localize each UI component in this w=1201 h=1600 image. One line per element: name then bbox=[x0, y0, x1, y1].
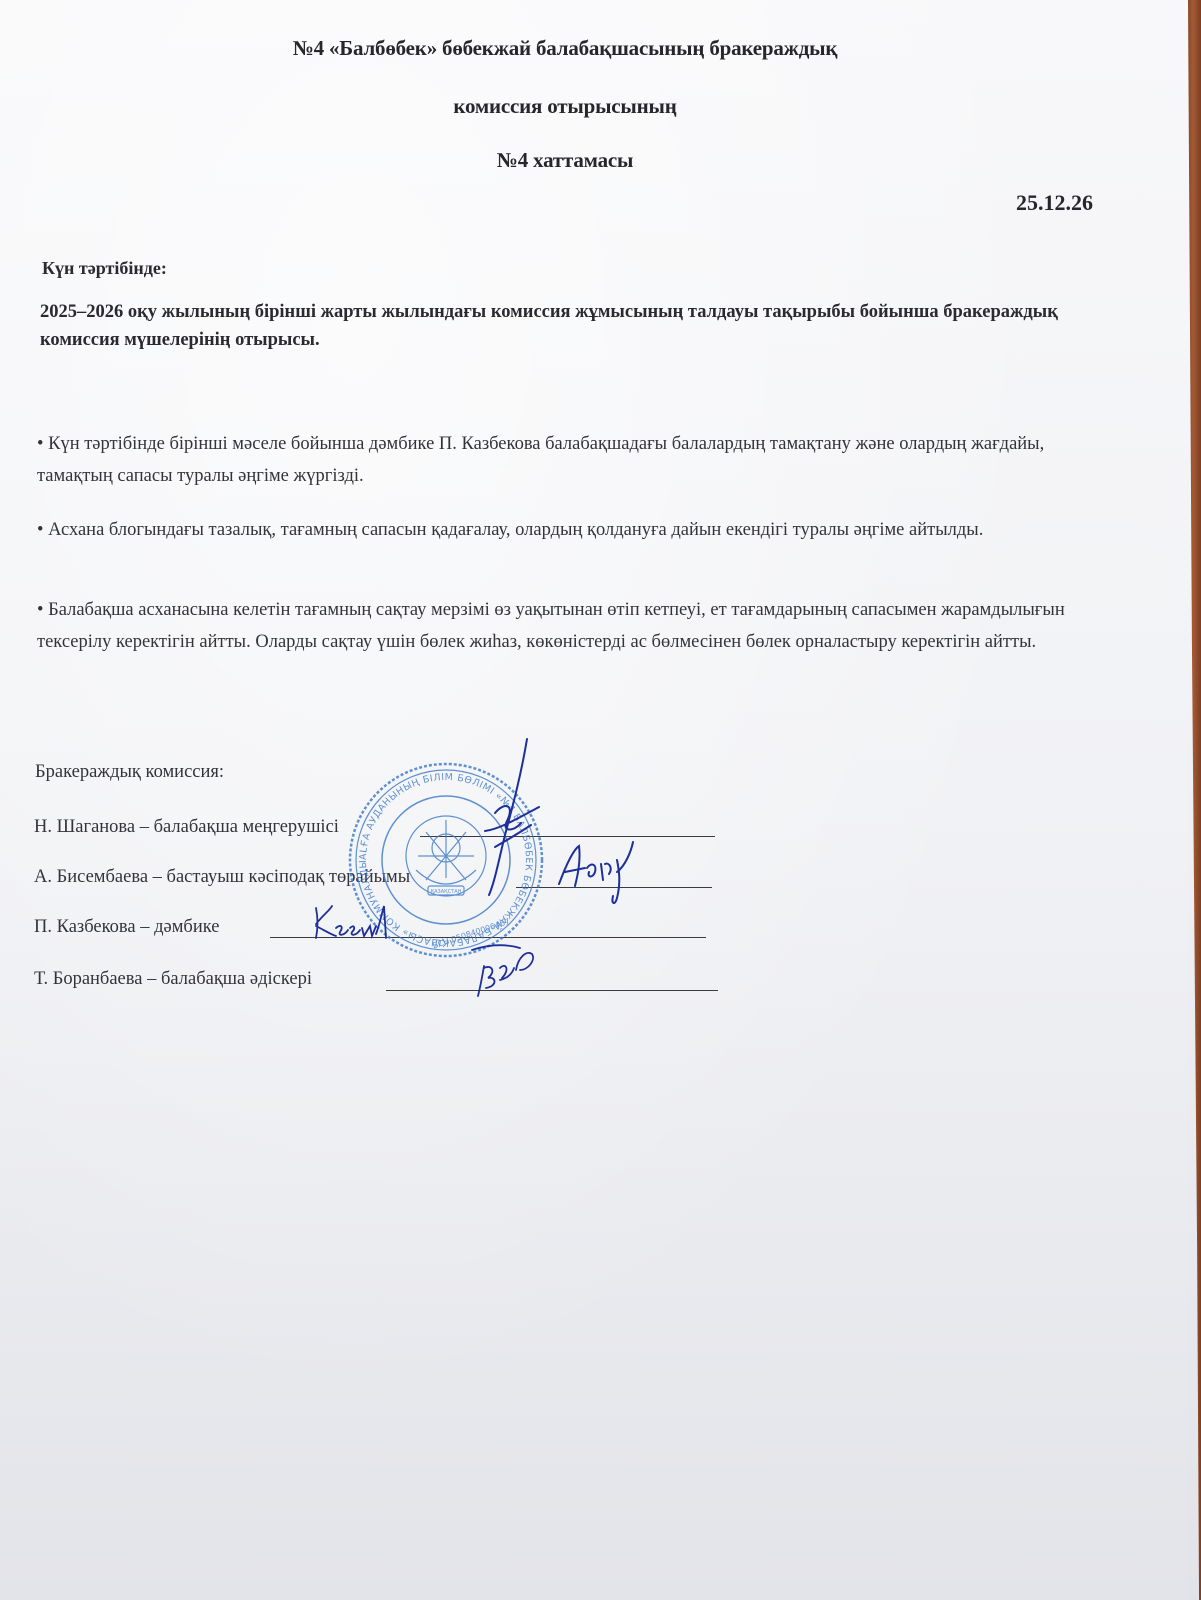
agenda-label: Күн тәртібінде: bbox=[42, 258, 167, 279]
minutes-item-2: • Асхана блогындағы тазалық, тағамның са… bbox=[37, 514, 1107, 546]
minutes-item-1: • Күн тәртібінде бірінші мәселе бойынша … bbox=[37, 428, 1107, 492]
signature-line-4 bbox=[386, 990, 718, 991]
signature-line-2 bbox=[516, 887, 712, 888]
minutes-item-3: • Балабақша асханасына келетін тағамның … bbox=[37, 594, 1107, 658]
member-2: А. Бисембаева – бастауыш кәсіподақ төрай… bbox=[34, 867, 410, 888]
signature-line-3 bbox=[270, 937, 706, 938]
member-4: Т. Боранбаева – балабақша әдіскері bbox=[34, 969, 312, 990]
commission-label: Бракераждық комиссия: bbox=[35, 762, 224, 783]
document-title-line-1: №4 «Балбөбек» бөбекжай балабақшасының бр… bbox=[0, 36, 1130, 61]
table-edge bbox=[1188, 0, 1201, 1600]
member-1: Н. Шаганова – балабақша меңгерушісі bbox=[34, 817, 339, 838]
document-title-line-3: №4 хаттамасы bbox=[0, 148, 1130, 173]
document-title-line-2: комиссия отырысының bbox=[0, 94, 1130, 119]
member-3: П. Казбекова – дәмбике bbox=[34, 917, 220, 938]
document-date: 25.12.26 bbox=[1016, 190, 1093, 216]
signature-line-1 bbox=[420, 836, 715, 837]
agenda-text: 2025–2026 оқу жылының бірінші жарты жылы… bbox=[40, 298, 1100, 354]
paper-sheet bbox=[0, 0, 1188, 1600]
